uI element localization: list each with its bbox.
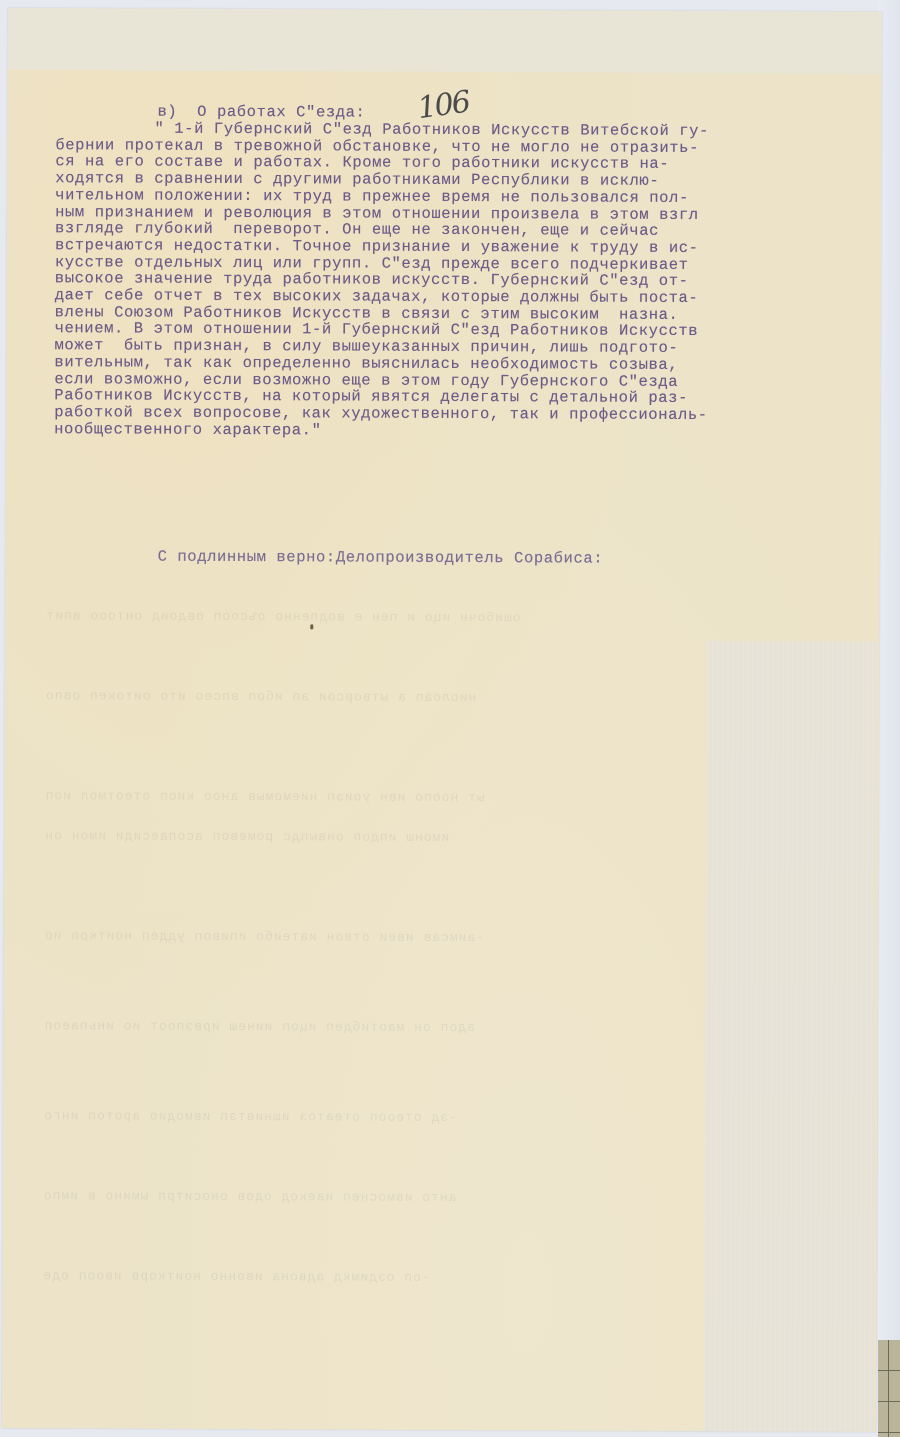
certification-signature-line: С подлинным верно:Делопроизводитель Сора…	[158, 549, 604, 568]
measurement-ruler	[878, 1340, 900, 1437]
text-line: нообщественного характера."	[54, 421, 708, 441]
paper-top-edge	[8, 8, 882, 75]
backdrop-edge	[878, 0, 900, 1437]
document-page: ошибочн ицо и пен е водпенно оъсооп овдо…	[2, 8, 882, 1432]
resolution-text: " 1-й Губернский С"езд Работников Искусс…	[54, 120, 709, 440]
section-heading: в) О работах С"езда:	[158, 104, 366, 122]
ink-speck	[310, 624, 313, 629]
paper-repair-patch	[704, 641, 877, 1432]
